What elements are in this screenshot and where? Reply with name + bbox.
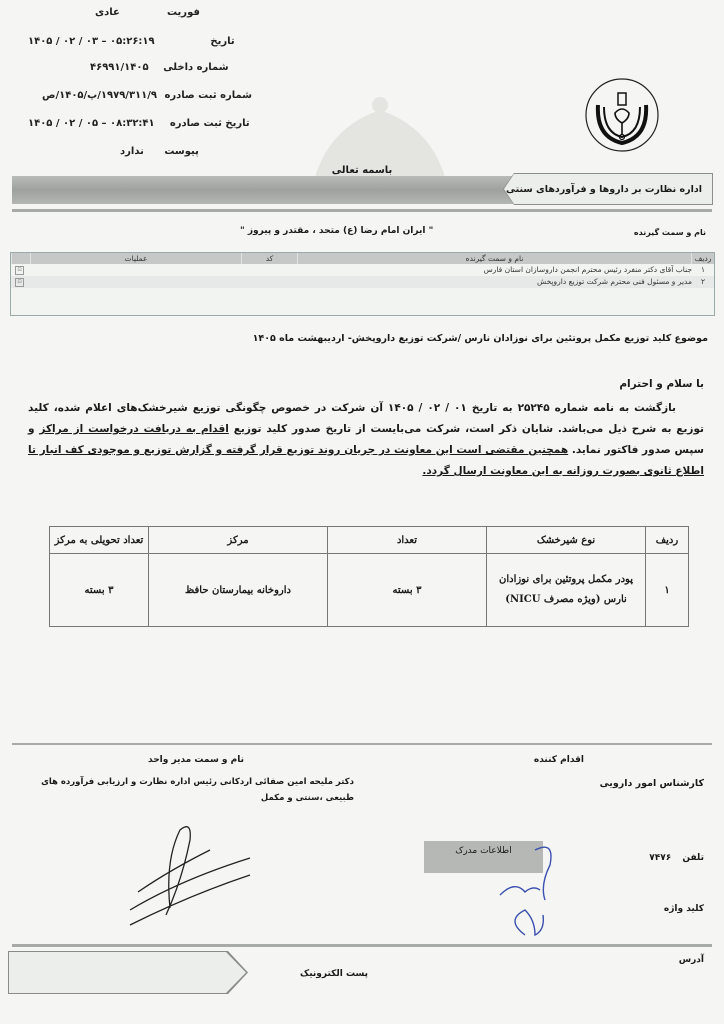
keyword-label: کلید واژه bbox=[664, 904, 704, 914]
col-code: کد bbox=[241, 253, 297, 264]
header-divider bbox=[12, 209, 712, 212]
col-index: ردیف bbox=[691, 253, 714, 264]
meta-date: تاریخ ۱۴۰۵ / ۰۲ / ۰۳ – ۰۵:۲۶:۱۹ bbox=[28, 36, 235, 47]
phone-field: تلفن ۷۴۷۶ bbox=[649, 853, 704, 863]
motto-text: " ایران امام رضا (ع) متحد ، مقتدر و پیرو… bbox=[240, 226, 433, 236]
distribution-row: ۱ پودر مکمل پروتئین برای نوزادان نارس (و… bbox=[50, 554, 689, 627]
col-name: نام و سمت گیرنده bbox=[297, 253, 691, 264]
col-quantity: تعداد bbox=[328, 527, 487, 554]
row-action-icon[interactable]: ⊡ bbox=[15, 278, 24, 287]
row-index: ۱ bbox=[692, 264, 714, 276]
phone-value: ۷۴۷۶ bbox=[649, 853, 671, 863]
recipient-table: ردیف نام و سمت گیرنده کد عملیات ۱ جناب آ… bbox=[10, 252, 715, 316]
cell-quantity: ۳ بسته bbox=[328, 554, 487, 627]
meta-internal-number: شماره داخلی ۴۶۹۹۱/۱۴۰۵ bbox=[90, 62, 229, 73]
col-center: مرکز bbox=[149, 527, 328, 554]
cell-delivered: ۳ بسته bbox=[50, 554, 149, 627]
letter-page: فوریت عادی تاریخ ۱۴۰۵ / ۰۲ / ۰۳ – ۰۵:۲۶:… bbox=[0, 0, 724, 1024]
meta-label: تاریخ bbox=[155, 36, 235, 47]
actor-label: اقدام کننده bbox=[534, 755, 584, 765]
meta-value: ۱۹۷۹/۳۱۱/۹/پ/۱۴۰۵/ص bbox=[42, 90, 157, 101]
meta-value: ۱۴۰۵ / ۰۲ / ۰۳ – ۰۵:۲۶:۱۹ bbox=[28, 36, 155, 47]
row-index: ۲ bbox=[692, 276, 714, 288]
letter-greeting: با سلام و احترام bbox=[619, 378, 704, 390]
email-box bbox=[9, 952, 246, 993]
cell-index: ۱ bbox=[646, 554, 689, 627]
cell-center: داروخانه بیمارستان حافظ bbox=[149, 554, 328, 627]
meta-value: عادی bbox=[95, 7, 120, 18]
meta-label: تاریخ ثبت صادره bbox=[155, 118, 250, 129]
manager-label: نام و سمت مدیر واحد bbox=[148, 755, 244, 765]
university-logo-icon bbox=[582, 75, 662, 155]
meta-outgoing-number: شماره ثبت صادره ۱۹۷۹/۳۱۱/۹/پ/۱۴۰۵/ص bbox=[42, 90, 252, 101]
meta-label: فوریت bbox=[120, 7, 200, 18]
meta-label: شماره ثبت صادره bbox=[157, 90, 252, 101]
recipient-table-header: ردیف نام و سمت گیرنده کد عملیات bbox=[11, 253, 714, 264]
distribution-table-header: ردیف نوع شیرخشک تعداد مرکز تعداد تحویلی … bbox=[50, 527, 689, 554]
body-underlined: اقدام به دریافت درخواست از مراکز bbox=[39, 423, 228, 435]
footer-divider bbox=[12, 743, 712, 745]
col-index: ردیف bbox=[646, 527, 689, 554]
meta-attachment: پیوست ندارد bbox=[120, 146, 199, 157]
address-divider bbox=[12, 944, 712, 947]
manager-value: دکتر ملیحه امین صفائی اردکانی رئیس اداره… bbox=[30, 774, 354, 806]
distribution-table: ردیف نوع شیرخشک تعداد مرکز تعداد تحویلی … bbox=[49, 526, 689, 627]
meta-label: شماره داخلی bbox=[149, 62, 229, 73]
letter-body: بازگشت به نامه شماره ۲۵۲۴۵ به تاریخ ۰۱ /… bbox=[28, 398, 704, 482]
meta-value: ۴۶۹۹۱/۱۴۰۵ bbox=[90, 62, 149, 73]
meta-outgoing-date: تاریخ ثبت صادره ۱۴۰۵ / ۰۲ / ۰۵ – ۰۸:۳۲:۴… bbox=[28, 118, 250, 129]
initials-signature-icon bbox=[495, 840, 585, 940]
col-delivered: تعداد تحویلی به مرکز bbox=[50, 527, 149, 554]
col-formula-type: نوع شیرخشک bbox=[487, 527, 646, 554]
row-name: مدیر و مسئول فنی محترم شرکت توزیع داروپخ… bbox=[24, 276, 692, 288]
meta-value: ۱۴۰۵ / ۰۲ / ۰۵ – ۰۸:۳۲:۴۱ bbox=[28, 118, 155, 129]
cell-type: پودر مکمل پروتئین برای نوزادان نارس (ویژ… bbox=[487, 554, 646, 627]
letter-subject: موضوع کلید توزیع مکمل پروتئین برای نوزاد… bbox=[253, 333, 708, 344]
meta-label: پیوست bbox=[144, 146, 199, 157]
manager-signature-icon bbox=[110, 820, 260, 930]
meta-priority: فوریت عادی bbox=[95, 7, 200, 18]
col-operations: عملیات bbox=[30, 253, 241, 264]
recipient-label: نام و سمت گیرنده bbox=[634, 228, 706, 237]
email-label: پست الکترونیک bbox=[300, 969, 368, 979]
phone-label: تلفن bbox=[682, 853, 704, 863]
department-title: اداره نظارت بر داروها و فرآوردهای سنتی bbox=[506, 184, 702, 195]
address-label: آدرس bbox=[679, 955, 704, 965]
row-action-icon[interactable]: ⊡ bbox=[15, 266, 24, 275]
recipient-row: ۲ مدیر و مسئول فنی محترم شرکت توزیع دارو… bbox=[11, 276, 714, 288]
meta-value: ندارد bbox=[120, 146, 144, 157]
actor-value: کارشناس امور دارویی bbox=[600, 778, 704, 789]
row-name: جناب آقای دکتر منفرد رئیس محترم انجمن دا… bbox=[24, 264, 692, 276]
recipient-row: ۱ جناب آقای دکتر منفرد رئیس محترم انجمن … bbox=[11, 264, 714, 276]
